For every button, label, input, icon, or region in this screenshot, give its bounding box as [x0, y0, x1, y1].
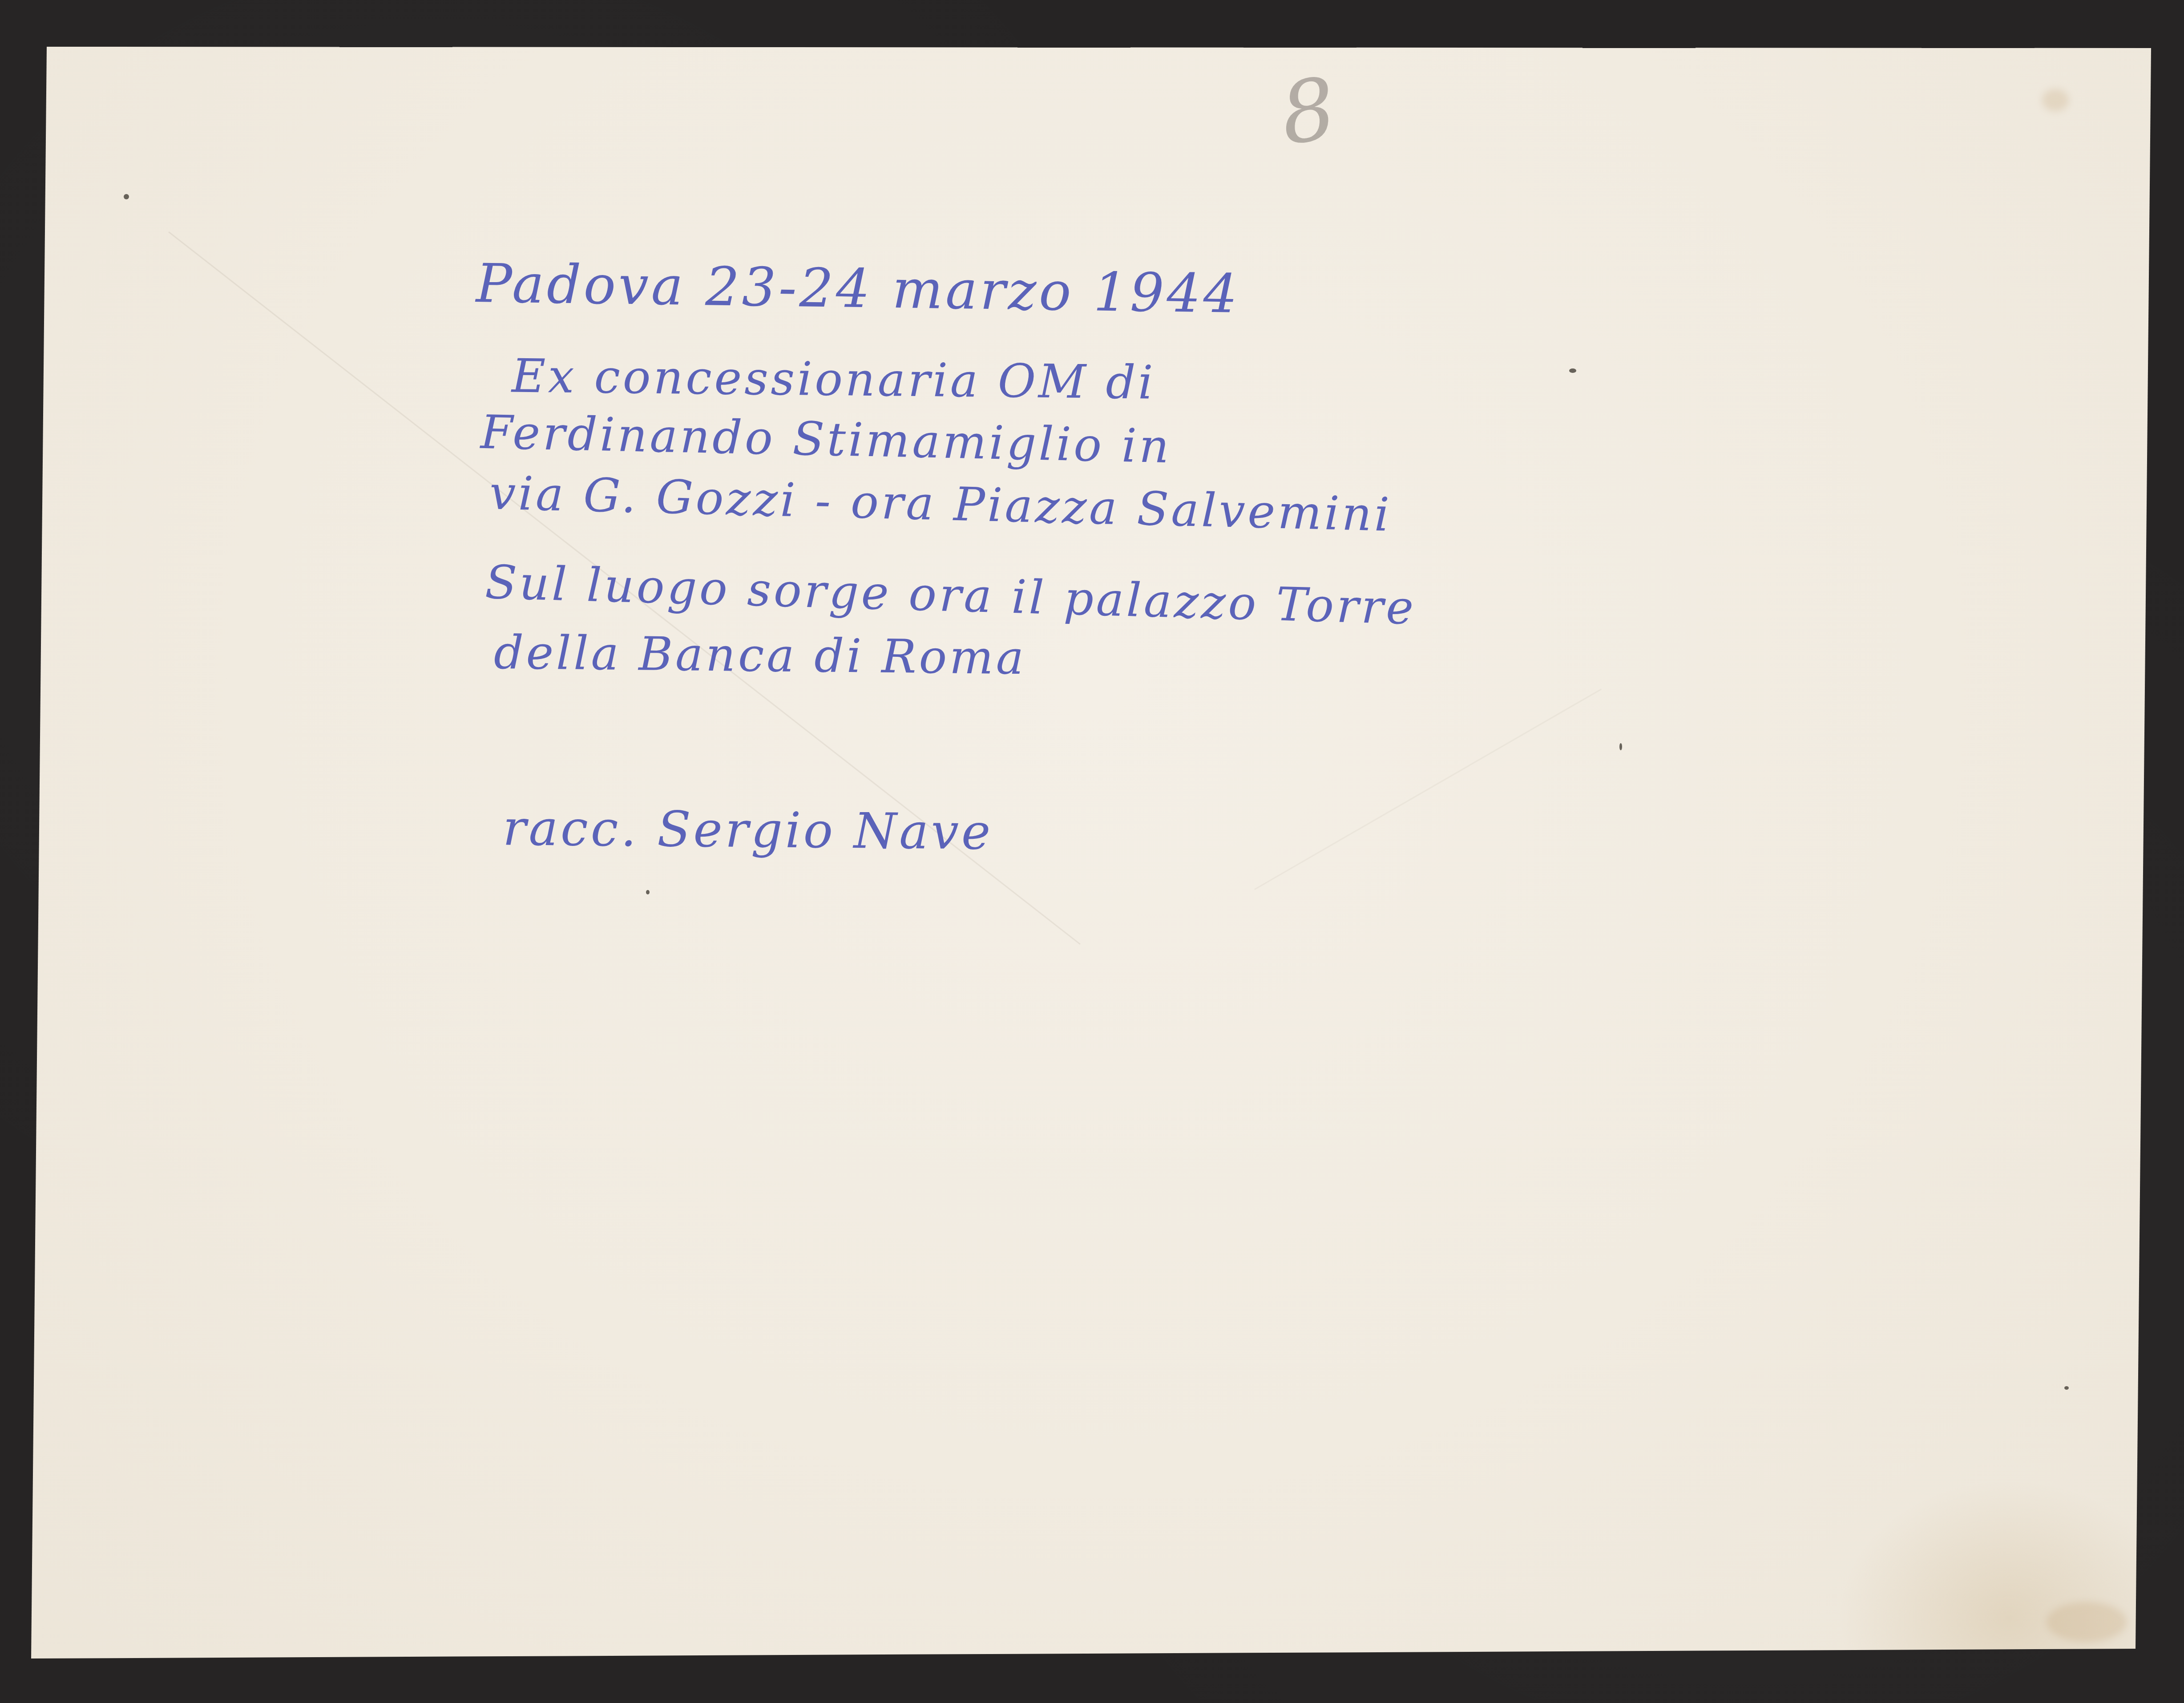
pencil-number-mark: 8	[1275, 59, 1341, 164]
paper-stain	[2047, 1602, 2127, 1642]
handwritten-attribution: racc. Sergio Nave	[503, 803, 993, 857]
paper-crease	[1254, 688, 1602, 890]
paper-stain	[2042, 89, 2069, 111]
photo-verso-paper: 8 Padova 23-24 marzo 1944 Ex concessiona…	[0, 0, 2184, 1703]
handwritten-line-place-date: Padova 23-24 marzo 1944	[476, 257, 1240, 321]
handwritten-line-owner: Ferdinando Stimamiglio in	[480, 409, 1172, 470]
handwritten-line-bank: della Banca di Roma	[493, 629, 1026, 681]
dust-speck	[2064, 1386, 2069, 1390]
dust-speck	[124, 194, 129, 199]
dust-speck	[1619, 743, 1622, 750]
dust-speck	[1569, 368, 1576, 373]
handwritten-line-address: via G. Gozzi - ora Piazza Salvemini	[489, 469, 1393, 538]
handwritten-line-dealership: Ex concessionaria OM di	[511, 352, 1156, 405]
handwritten-line-current-building: Sul luogo sorge ora il palazzo Torre	[484, 559, 1417, 631]
dust-speck	[646, 890, 650, 894]
